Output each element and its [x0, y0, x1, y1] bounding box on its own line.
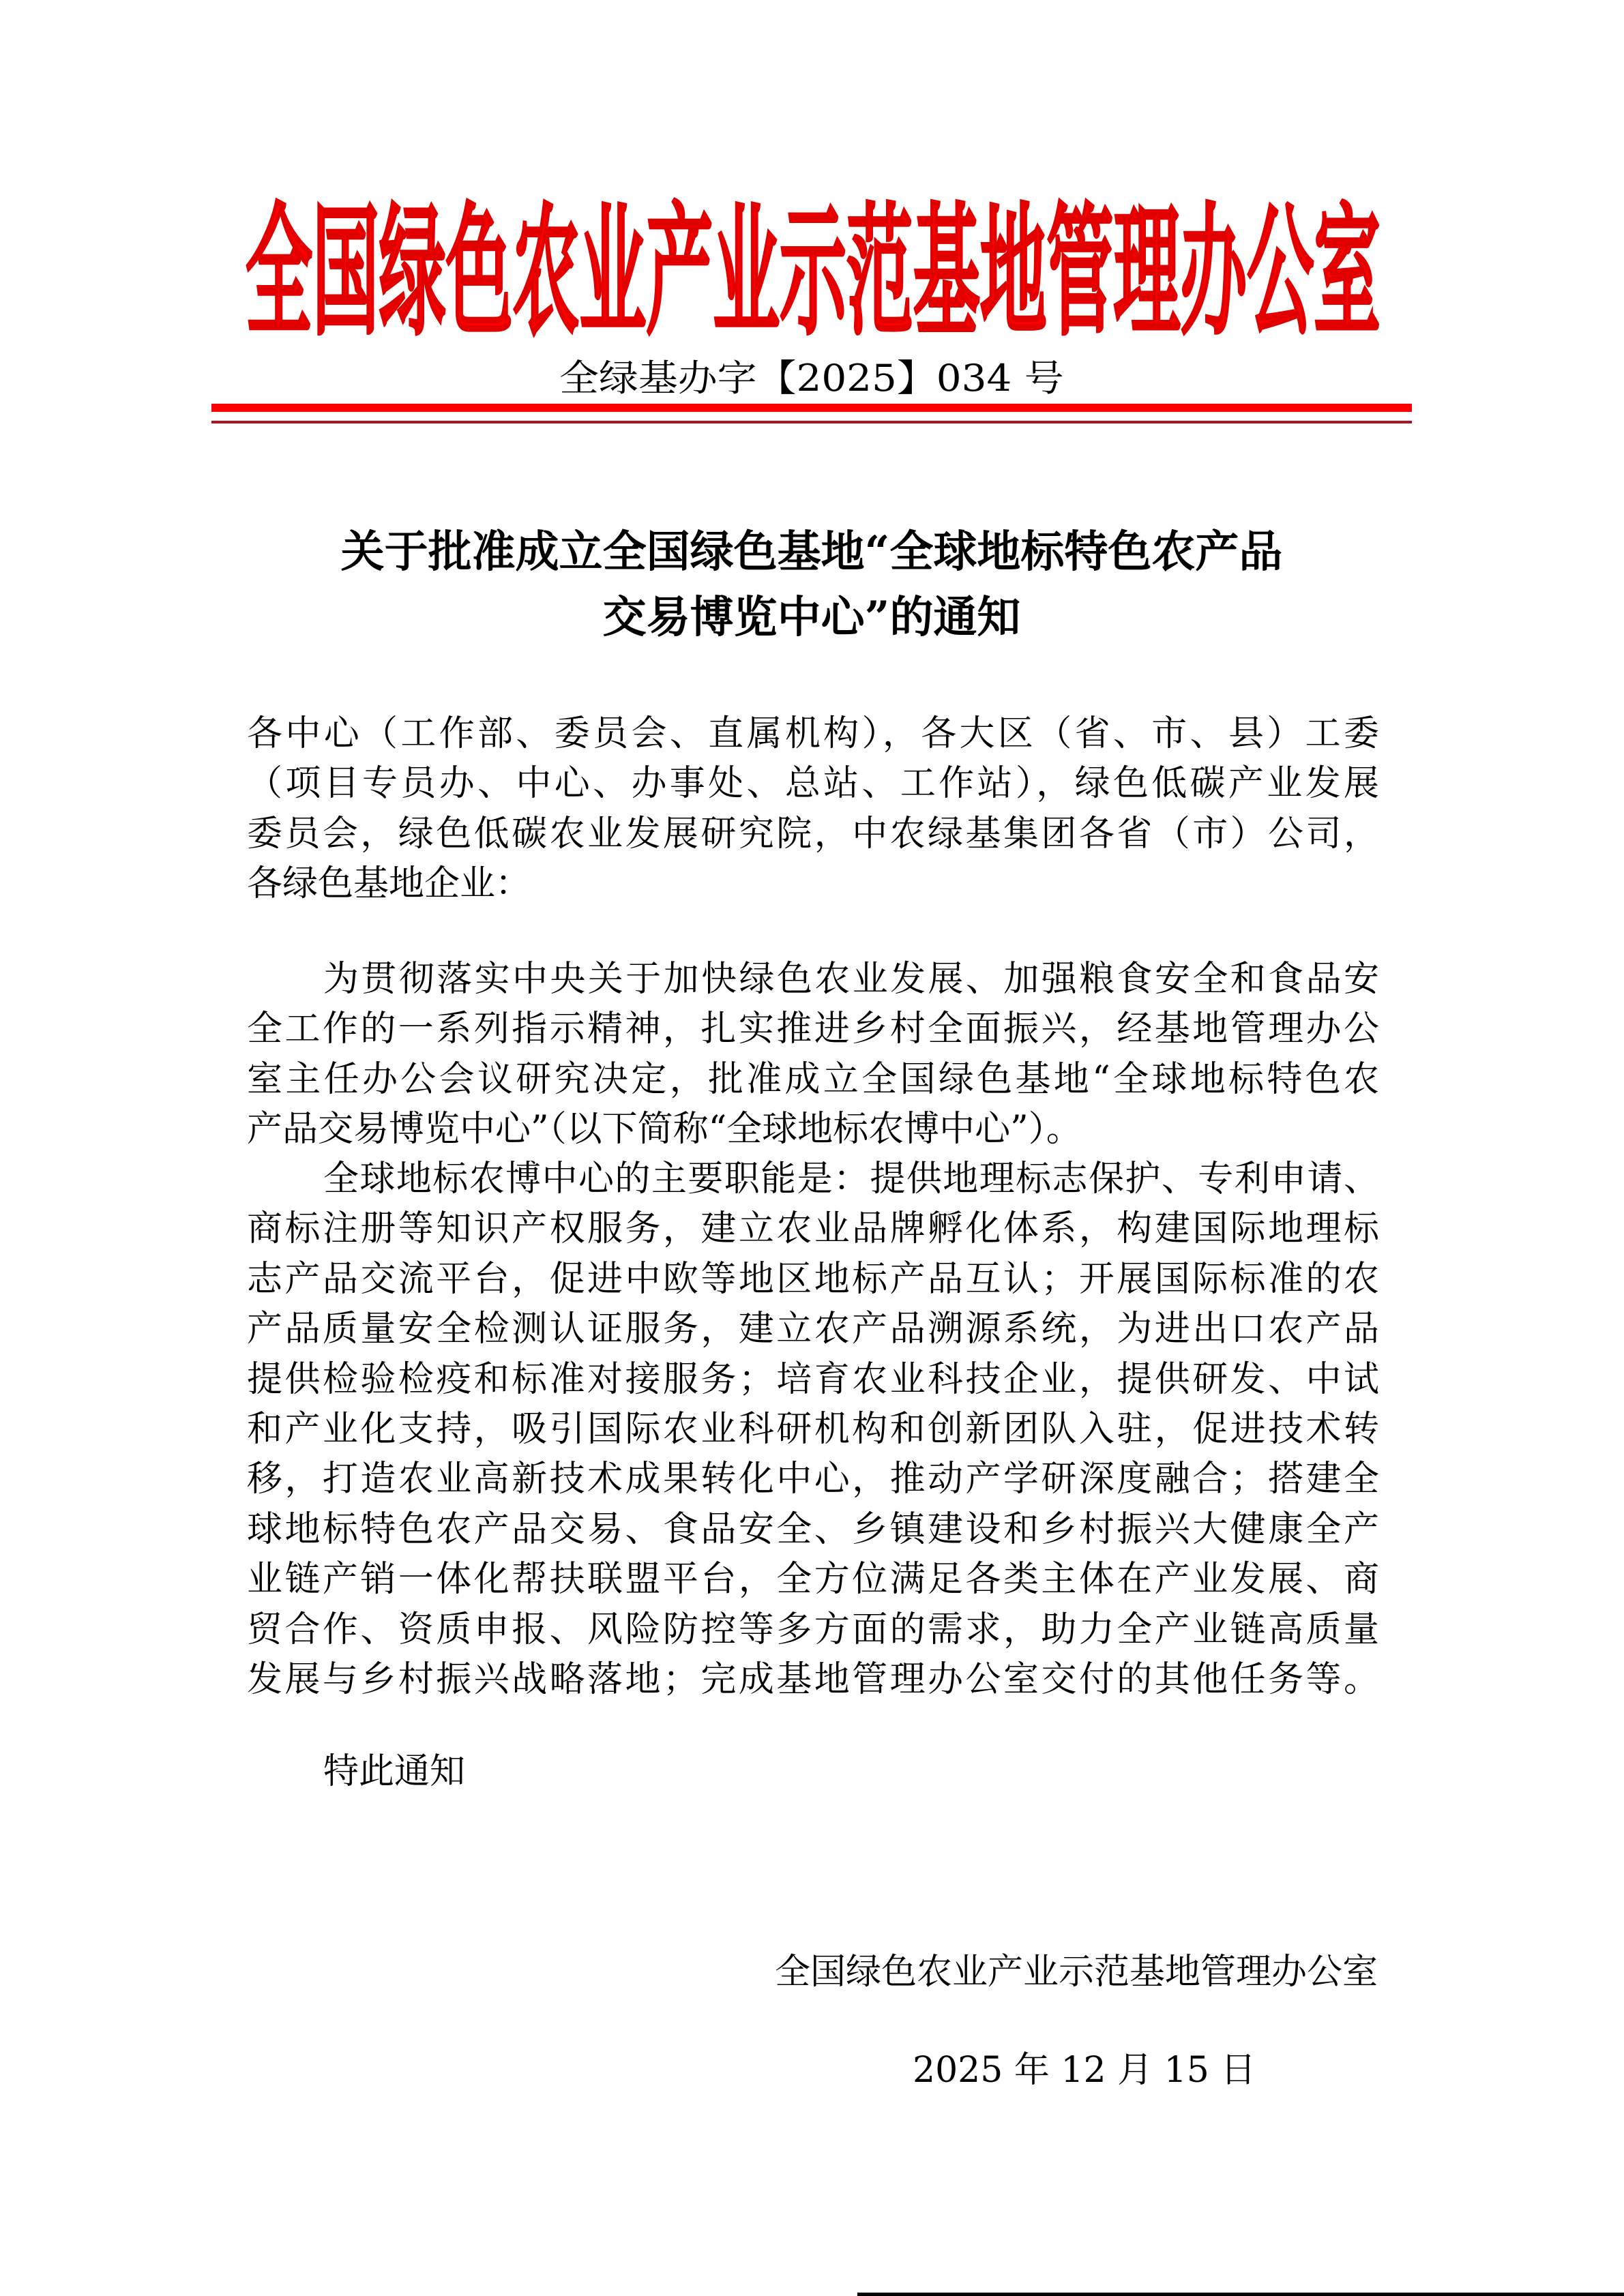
paragraph-line: 商标注册等知识产权服务，建立农业品牌孵化体系，构建国际地理标 [247, 1204, 1379, 1254]
paragraph-line: 和产业化支持，吸引国际农业科研机构和创新团队入驻，促进技术转 [247, 1405, 1379, 1455]
title-line-2: 交易博览中心”的通知 [225, 585, 1398, 651]
letterhead-rule-thin [211, 421, 1412, 423]
addressee-line: 各绿色基地企业： [247, 859, 1379, 909]
addressee-line: 各中心（工作部、委员会、直属机构），各大区（省、市、县）工委 [247, 709, 1379, 759]
paragraph-line: 志产品交流平台，促进中欧等地区地标产品互认；开展国际标准的农 [247, 1255, 1379, 1304]
paragraph-line: 业链产销一体化帮扶联盟平台，全方位满足各类主体在产业发展、商 [247, 1555, 1379, 1605]
document-title: 关于批准成立全国绿色基地“全球地标特色农产品 交易博览中心”的通知 [225, 520, 1398, 651]
issue-date: 2025 年 12 月 15 日 [913, 2046, 1256, 2096]
letterhead-org-name: 全国绿色农业产业示范基地管理办公室 [246, 192, 1381, 353]
paragraph-line: 提供检验检疫和标准对接服务；培育农业科技企业，提供研发、中试 [247, 1355, 1379, 1405]
signature-org: 全国绿色农业产业示范基地管理办公室 [775, 1948, 1378, 1997]
addressee-line: 委员会，绿色低碳农业发展研究院，中农绿基集团各省（市）公司， [247, 809, 1379, 859]
letterhead: 全国绿色农业产业示范基地管理办公室 [246, 192, 1381, 353]
paragraph-line: 产品质量安全检测认证服务，建立农产品溯源系统，为进出口农产品 [247, 1304, 1379, 1354]
document-number: 全绿基办字【2025】034 号 [559, 356, 1064, 401]
letterhead-rule-thick [211, 404, 1412, 412]
paragraph-line: 球地标特色农产品交易、食品安全、乡镇建设和乡村振兴大健康全产 [247, 1505, 1379, 1555]
paragraph-line: 移，打造农业高新技术成果转化中心，推动产学研深度融合；搭建全 [247, 1455, 1379, 1504]
paragraph-purpose: 为贯彻落实中央关于加快绿色农业发展、加强粮食安全和食品安 全工作的一系列指示精神… [247, 955, 1379, 1155]
paragraph-line: 全球地标农博中心的主要职能是：提供地理标志保护、专利申请、 [247, 1154, 1379, 1204]
document-page: 全国绿色农业产业示范基地管理办公室 全绿基办字【2025】034 号 关于批准成… [0, 0, 1624, 2296]
paragraph-line: 为贯彻落实中央关于加快绿色农业发展、加强粮食安全和食品安 [247, 955, 1379, 1004]
closing-phrase: 特此通知 [323, 1747, 465, 1797]
paragraph-line: 发展与乡村振兴战略落地；完成基地管理办公室交付的其他任务等。 [247, 1655, 1379, 1705]
page-edge-line [857, 2293, 1624, 2296]
paragraph-line: 产品交易博览中心”（以下简称“全球地标农博中心”）。 [247, 1105, 1379, 1154]
addressee-block: 各中心（工作部、委员会、直属机构），各大区（省、市、县）工委 （项目专员办、中心… [247, 709, 1379, 910]
paragraph-line: 室主任办公会议研究决定，批准成立全国绿色基地“全球地标特色农 [247, 1055, 1379, 1105]
title-line-1: 关于批准成立全国绿色基地“全球地标特色农产品 [225, 520, 1398, 585]
paragraph-functions: 全球地标农博中心的主要职能是：提供地理标志保护、专利申请、 商标注册等知识产权服… [247, 1154, 1379, 1705]
paragraph-line: 贸合作、资质申报、风险防控等多方面的需求，助力全产业链高质量 [247, 1605, 1379, 1655]
addressee-line: （项目专员办、中心、办事处、总站、工作站），绿色低碳产业发展 [247, 759, 1379, 809]
paragraph-line: 全工作的一系列指示精神，扎实推进乡村全面振兴，经基地管理办公 [247, 1004, 1379, 1054]
